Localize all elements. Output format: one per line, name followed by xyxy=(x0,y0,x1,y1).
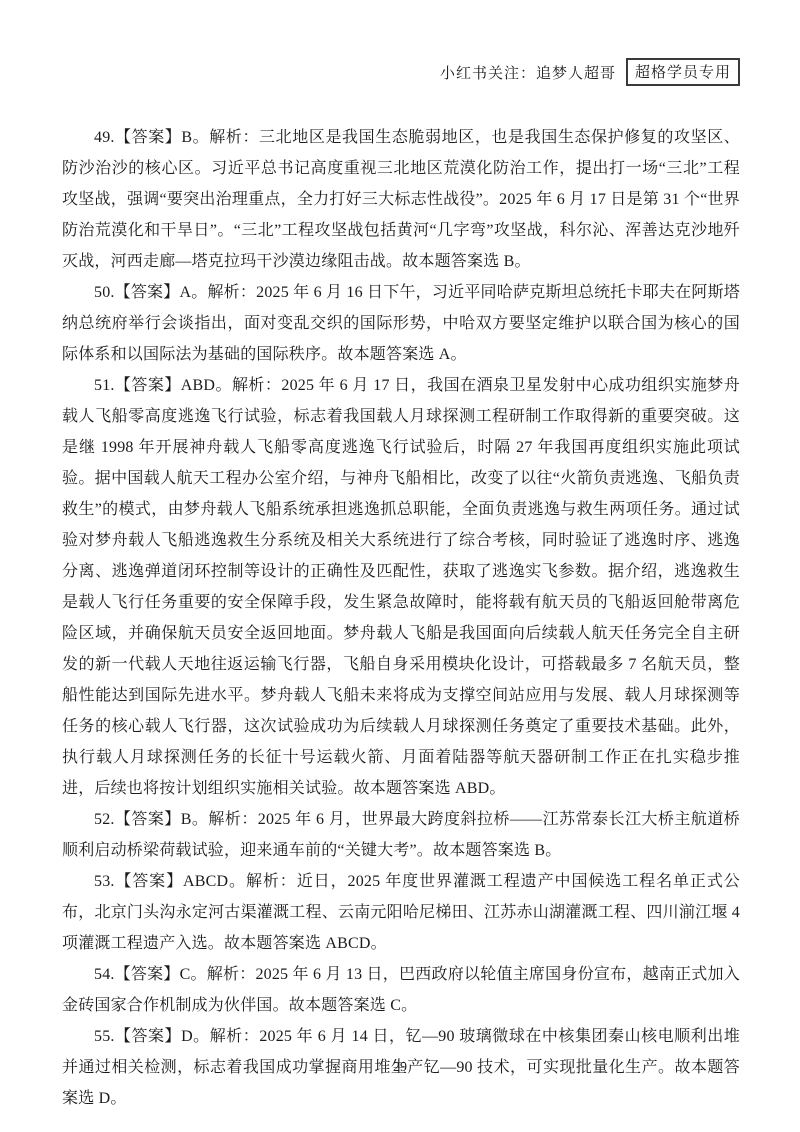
answer-item-49: 49.【答案】B。解析：三北地区是我国生态脆弱地区，也是我国生态保护修复的攻坚区… xyxy=(62,122,740,277)
page-header: 小红书关注：追梦人超哥 超格学员专用 xyxy=(440,58,740,86)
answer-list: 49.【答案】B。解析：三北地区是我国生态脆弱地区，也是我国生态保护修复的攻坚区… xyxy=(62,122,740,1114)
header-badge: 超格学员专用 xyxy=(626,58,740,86)
answer-item-53: 53.【答案】ABCD。解析：近日，2025 年度世界灌溉工程遗产中国候选工程名… xyxy=(62,866,740,959)
answer-item-50: 50.【答案】A。解析：2025 年 6 月 16 日下午，习近平同哈萨克斯坦总… xyxy=(62,277,740,370)
answer-item-52: 52.【答案】B。解析：2025 年 6 月，世界最大跨度斜拉桥——江苏常泰长江… xyxy=(62,804,740,866)
page-footer: 29 xyxy=(0,1060,800,1076)
answer-item-54: 54.【答案】C。解析：2025 年 6 月 13 日，巴西政府以轮值主席国身份… xyxy=(62,959,740,1021)
page-number: 29 xyxy=(393,1060,407,1075)
document-page: 小红书关注：追梦人超哥 超格学员专用 49.【答案】B。解析：三北地区是我国生态… xyxy=(0,0,800,1132)
answer-item-51: 51.【答案】ABD。解析：2025 年 6 月 17 日，我国在酒泉卫星发射中… xyxy=(62,370,740,804)
header-follow-text: 小红书关注：追梦人超哥 xyxy=(440,62,616,83)
